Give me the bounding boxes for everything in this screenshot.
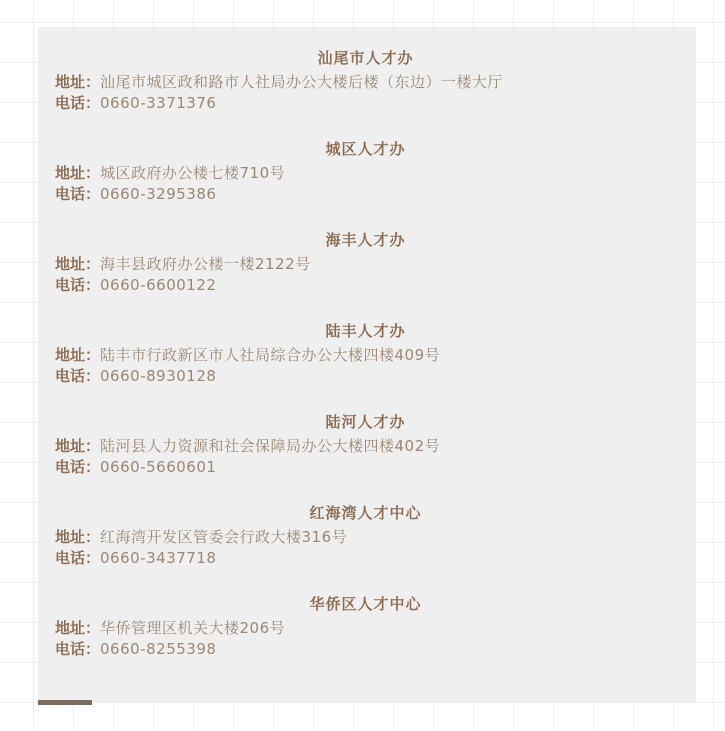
office-address: 海丰县政府办公楼一楼2122号 xyxy=(100,255,311,273)
office-title: 红海湾人才中心 xyxy=(55,500,676,527)
office-phone: 0660-8255398 xyxy=(100,640,216,658)
office-phone-line: 电话：0660-3295386 xyxy=(55,184,676,205)
office-address-line: 地址：华侨管理区机关大楼206号 xyxy=(55,618,676,639)
office-section-haifeng: 海丰人才办 地址：海丰县政府办公楼一楼2122号 电话：0660-6600122 xyxy=(55,227,676,296)
office-phone-line: 电话：0660-8255398 xyxy=(55,639,676,660)
address-label: 地址： xyxy=(55,164,100,182)
office-title: 汕尾市人才办 xyxy=(55,45,676,72)
office-title: 华侨区人才中心 xyxy=(55,591,676,618)
office-phone: 0660-6600122 xyxy=(100,276,216,294)
office-section-shanwei: 汕尾市人才办 地址：汕尾市城区政和路市人社局办公大楼后楼（东边）一楼大厅 电话：… xyxy=(55,45,676,114)
office-address: 陆丰市行政新区市人社局综合办公大楼四楼409号 xyxy=(100,346,440,364)
office-phone-line: 电话：0660-3371376 xyxy=(55,93,676,114)
office-address: 红海湾开发区管委会行政大楼316号 xyxy=(100,528,347,546)
office-address-line: 地址：陆丰市行政新区市人社局综合办公大楼四楼409号 xyxy=(55,345,676,366)
phone-label: 电话： xyxy=(55,640,100,658)
phone-label: 电话： xyxy=(55,367,100,385)
office-title: 城区人才办 xyxy=(55,136,676,163)
office-section-honghaiwan: 红海湾人才中心 地址：红海湾开发区管委会行政大楼316号 电话：0660-343… xyxy=(55,500,676,569)
office-phone-line: 电话：0660-6600122 xyxy=(55,275,676,296)
office-address-line: 地址：城区政府办公楼七楼710号 xyxy=(55,163,676,184)
office-address: 城区政府办公楼七楼710号 xyxy=(100,164,285,182)
office-section-lufeng: 陆丰人才办 地址：陆丰市行政新区市人社局综合办公大楼四楼409号 电话：0660… xyxy=(55,318,676,387)
office-address-line: 地址：红海湾开发区管委会行政大楼316号 xyxy=(55,527,676,548)
address-label: 地址： xyxy=(55,73,100,91)
address-label: 地址： xyxy=(55,437,100,455)
card-bottom-accent-bar xyxy=(38,700,92,705)
phone-label: 电话： xyxy=(55,276,100,294)
office-address-line: 地址：陆河县人力资源和社会保障局办公大楼四楼402号 xyxy=(55,436,676,457)
office-phone-line: 电话：0660-3437718 xyxy=(55,548,676,569)
address-label: 地址： xyxy=(55,255,100,273)
address-label: 地址： xyxy=(55,619,100,637)
office-address-line: 地址：海丰县政府办公楼一楼2122号 xyxy=(55,254,676,275)
phone-label: 电话： xyxy=(55,94,100,112)
phone-label: 电话： xyxy=(55,549,100,567)
office-title: 陆丰人才办 xyxy=(55,318,676,345)
office-phone: 0660-5660601 xyxy=(100,458,216,476)
office-address: 陆河县人力资源和社会保障局办公大楼四楼402号 xyxy=(100,437,440,455)
office-section-chengqu: 城区人才办 地址：城区政府办公楼七楼710号 电话：0660-3295386 xyxy=(55,136,676,205)
address-label: 地址： xyxy=(55,346,100,364)
office-address: 汕尾市城区政和路市人社局办公大楼后楼（东边）一楼大厅 xyxy=(100,73,503,91)
address-label: 地址： xyxy=(55,528,100,546)
office-phone: 0660-8930128 xyxy=(100,367,216,385)
office-phone: 0660-3437718 xyxy=(100,549,216,567)
office-section-huaqiaoqu: 华侨区人才中心 地址：华侨管理区机关大楼206号 电话：0660-8255398 xyxy=(55,591,676,660)
phone-label: 电话： xyxy=(55,458,100,476)
phone-label: 电话： xyxy=(55,185,100,203)
office-section-luhe: 陆河人才办 地址：陆河县人力资源和社会保障局办公大楼四楼402号 电话：0660… xyxy=(55,409,676,478)
office-phone: 0660-3295386 xyxy=(100,185,216,203)
contact-list-card: 汕尾市人才办 地址：汕尾市城区政和路市人社局办公大楼后楼（东边）一楼大厅 电话：… xyxy=(38,27,696,702)
office-title: 海丰人才办 xyxy=(55,227,676,254)
office-address: 华侨管理区机关大楼206号 xyxy=(100,619,285,637)
office-title: 陆河人才办 xyxy=(55,409,676,436)
office-phone-line: 电话：0660-5660601 xyxy=(55,457,676,478)
office-phone-line: 电话：0660-8930128 xyxy=(55,366,676,387)
office-phone: 0660-3371376 xyxy=(100,94,216,112)
office-address-line: 地址：汕尾市城区政和路市人社局办公大楼后楼（东边）一楼大厅 xyxy=(55,72,676,93)
